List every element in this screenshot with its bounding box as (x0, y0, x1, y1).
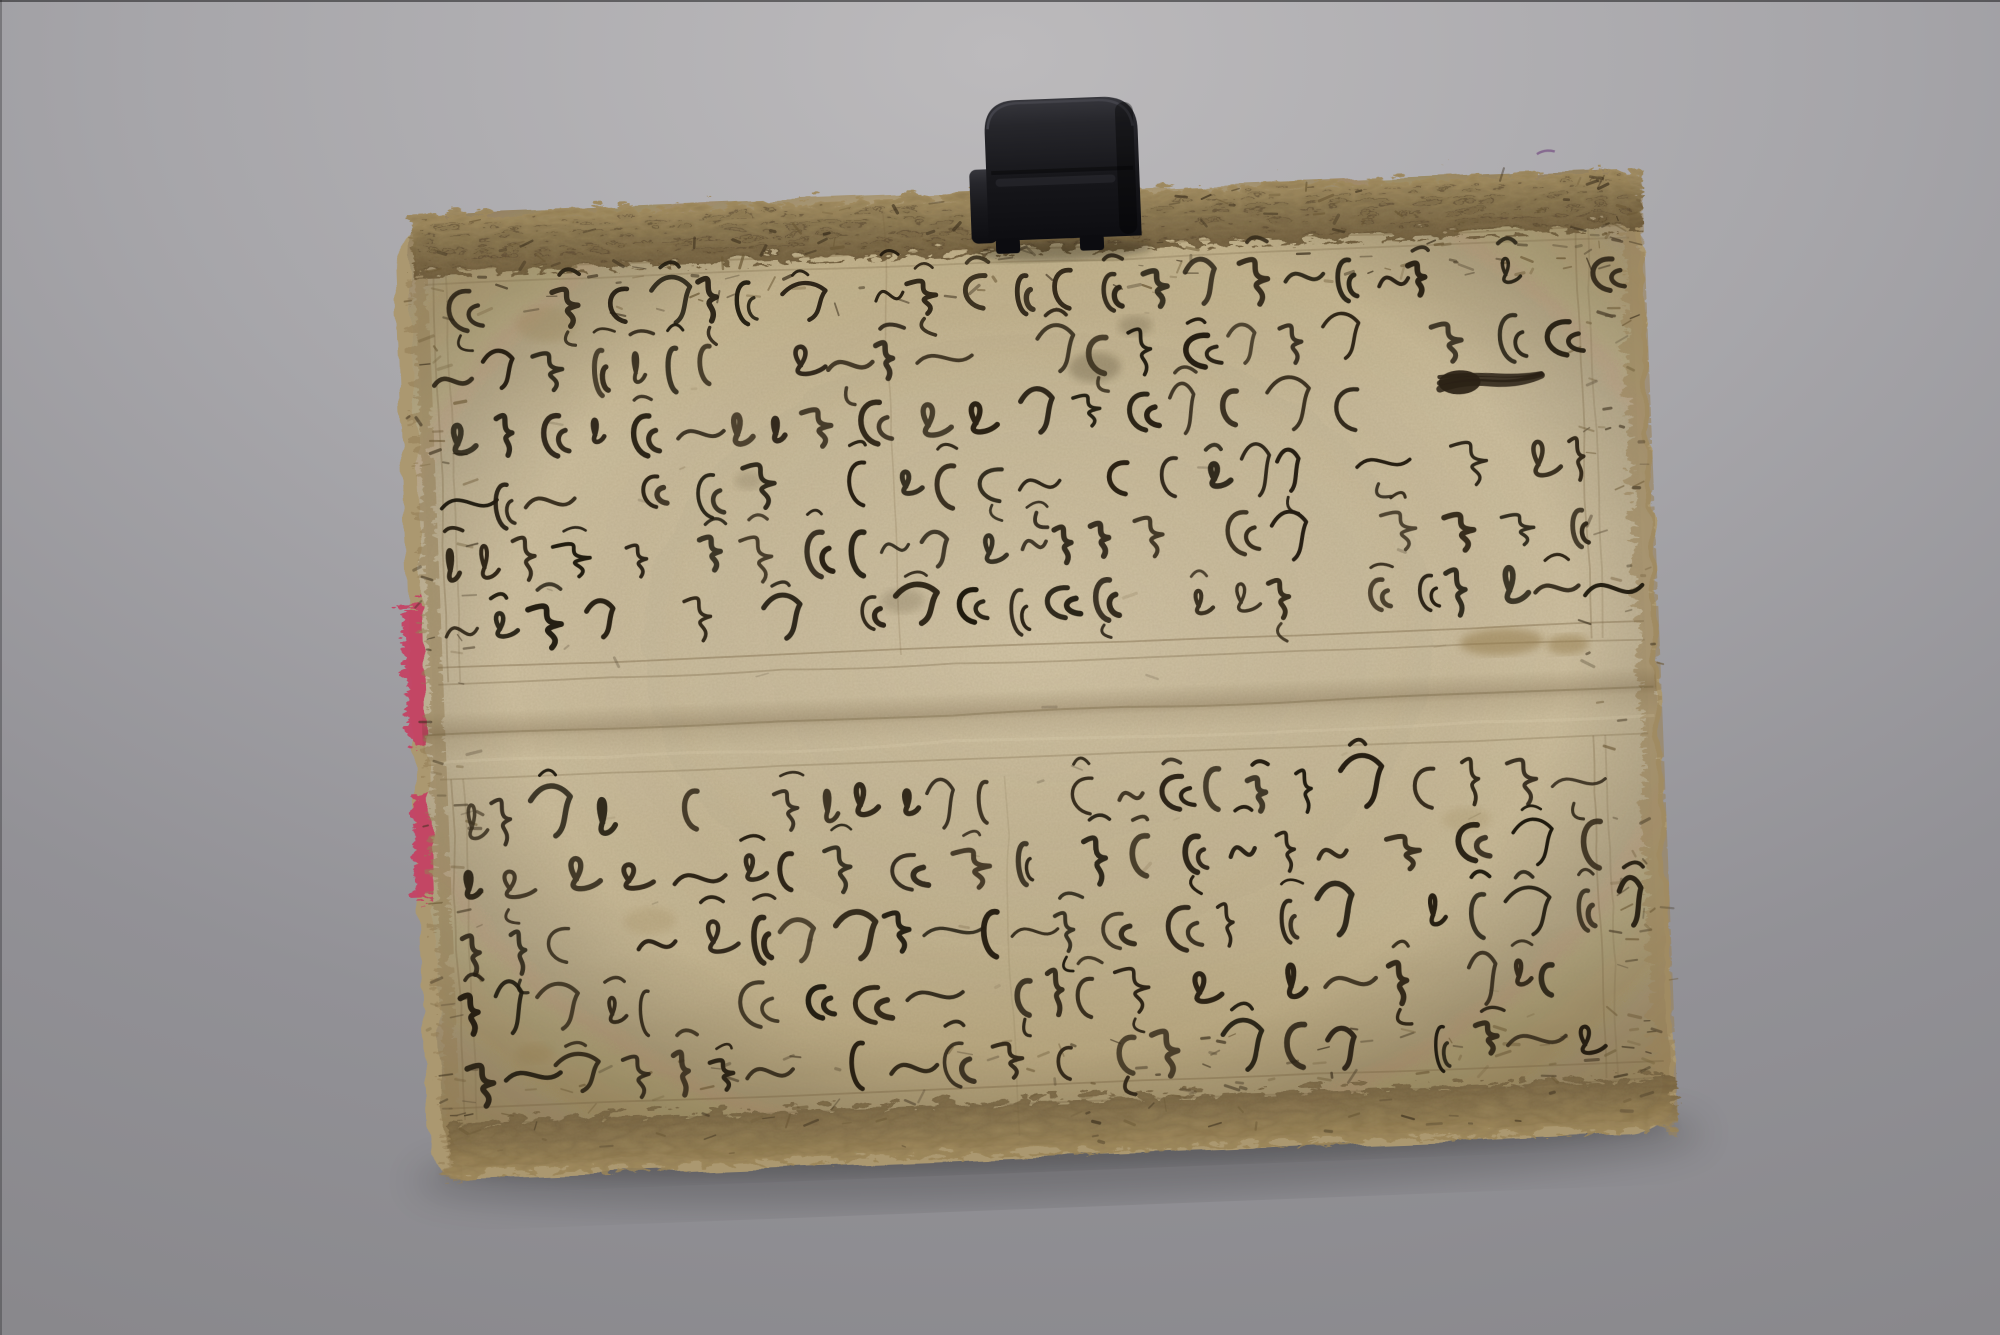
photo-stage (0, 0, 2000, 1335)
photo-edge-line-top (0, 0, 2000, 2)
paper-grain (415, 175, 1664, 1159)
clip-foot (996, 238, 1021, 254)
manuscript (374, 75, 1705, 1224)
photo-edge-line-left (0, 0, 2, 1335)
manuscript-photo (0, 0, 2000, 1335)
clip-foot (1080, 235, 1105, 251)
